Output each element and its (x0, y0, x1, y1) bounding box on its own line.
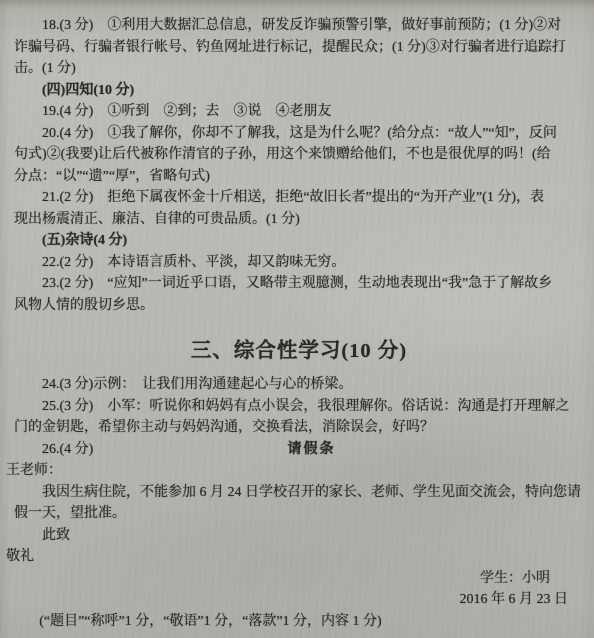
leave-note-closing-cizhi: 此致 (14, 525, 584, 547)
answer-q26-row: 26.(4 分) 请假条 (14, 439, 584, 461)
answer-q26-label: 26.(4 分) (42, 442, 93, 457)
answer-q24: 24.(3 分)示例： 让我们用沟通建起心与心的桥梁。 (14, 374, 584, 396)
answer-q21-line1: 21.(2 分) 拒绝下属夜怀金十斤相送，拒绝“故旧长者”提出的“为开产业”(1… (14, 187, 584, 209)
section3-heading: 三、综合性学习(10 分) (14, 336, 584, 366)
answer-q25-line2: 门的金钥匙，希望你主动与妈妈沟通，交换看法，消除误会，好吗？ (14, 417, 584, 439)
answer-q18-line1: 18.(3 分) ①利用大数据汇总信息，研发反诈骗预警引擎，做好事前预防；(1 … (14, 15, 584, 37)
part5-heading: (五)杂诗(4 分) (14, 230, 584, 252)
document-body: 18.(3 分) ①利用大数据汇总信息，研发反诈骗预警引擎，做好事前预防；(1 … (0, 0, 594, 632)
answer-q20-line3: 分点：“以”“遗”“厚”，省略句式) (14, 166, 584, 188)
leave-note-closing-jingli: 敬礼 (6, 546, 584, 568)
leave-note-salutation: 王老师： (6, 460, 584, 482)
answer-q22: 22.(2 分) 本诗语言质朴、平淡，却又韵味无穷。 (14, 252, 584, 274)
leave-note-date: 2016 年 6 月 23 日 (14, 589, 584, 611)
answer-q23-line2: 风物人情的殷切乡思。 (14, 295, 584, 317)
part4-heading: (四)四知(10 分) (14, 80, 584, 102)
answer-q19: 19.(4 分) ①听到 ②到；去 ③说 ④老朋友 (14, 101, 584, 123)
scanned-answer-sheet: 18.(3 分) ①利用大数据汇总信息，研发反诈骗预警引擎，做好事前预防；(1 … (0, 0, 594, 638)
grading-note: (“题目”“称呼”1 分，“敬语”1 分，“落款”1 分，内容 1 分) (14, 611, 584, 633)
answer-q25-line1: 25.(3 分) 小军：听说你和妈妈有点小误会，我很理解你。俗话说：沟通是打开理… (14, 396, 584, 418)
leave-note-body-line2: 假一天，望批准。 (14, 503, 584, 525)
answer-q20-line1: 20.(4 分) ①我了解你，你却不了解我，这是为什么呢？(给分点：“故人”“知… (14, 123, 584, 145)
answer-q23-line1: 23.(2 分) “应知”一词近乎口语，又略带主观臆测，生动地表现出“我”急于了… (14, 273, 584, 295)
leave-note-body-line1: 我因生病住院，不能参加 6 月 24 日学校召开的家长、老师、学生见面交流会，特… (14, 482, 584, 504)
answer-q21-line2: 现出杨震清正、廉洁、自律的可贵品质。(1 分) (14, 209, 584, 231)
answer-q18-line2: 诈骗号码、行骗者银行帐号、钓鱼网址进行标记，提醒民众；(1 分)③对行骗者进行追… (14, 37, 584, 59)
answer-q20-line2: 句式)②(我要)让后代被称作清官的子孙，用这个来馈赠给他们，不也是很优厚的吗！(… (14, 144, 584, 166)
leave-note-title: 请假条 (259, 439, 335, 461)
leave-note-signature: 学生：小明 (14, 568, 584, 590)
answer-q18-line3: 击。(1 分) (14, 58, 584, 80)
